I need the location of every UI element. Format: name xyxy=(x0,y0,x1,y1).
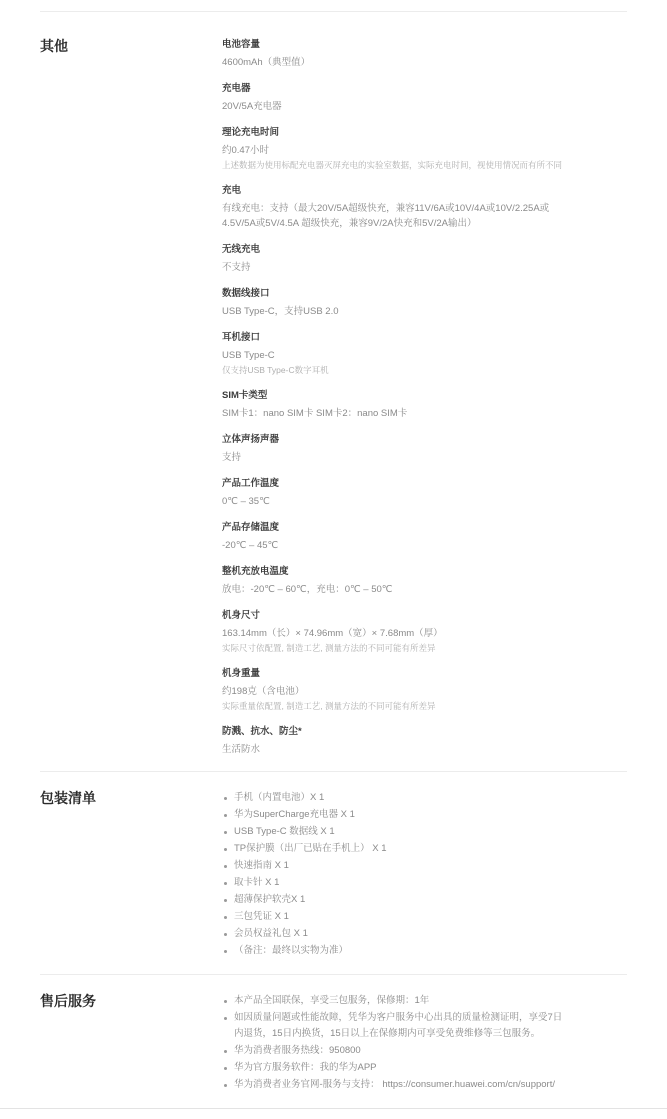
spec-entry-operating-temp: 产品工作温度 0℃ – 35℃ xyxy=(222,477,570,509)
spec-note: 上述数据为使用标配充电器灭屏充电的实验室数据，实际充电时间，视使用情况而有所不同 xyxy=(222,159,570,172)
spec-value: 0℃ – 35℃ xyxy=(222,494,570,509)
package-item: 会员权益礼包 X 1 xyxy=(222,926,570,942)
spec-label: 充电器 xyxy=(222,82,570,95)
spec-entry-stereo-speaker: 立体声扬声器 支持 xyxy=(222,433,570,465)
package-item: 超薄保护软壳X 1 xyxy=(222,892,570,908)
after-sales-item-warranty: 本产品全国联保，享受三包服务，保修期：1年 xyxy=(222,993,570,1009)
spec-value: 有线充电：支持（最大20V/5A超级快充，兼容11V/6A或10V/4A或10V… xyxy=(222,201,570,231)
spec-note: 实际尺寸依配置, 制造工艺, 测量方法的不同可能有所差异 xyxy=(222,642,570,655)
spec-entry-charging: 充电 有线充电：支持（最大20V/5A超级快充，兼容11V/6A或10V/4A或… xyxy=(222,184,570,231)
spec-entry-sim-type: SIM卡类型 SIM卡1：nano SIM卡 SIM卡2：nano SIM卡 xyxy=(222,389,570,421)
spec-value: 不支持 xyxy=(222,260,570,275)
spec-value: 生活防水 xyxy=(222,742,570,757)
spec-label: 电池容量 xyxy=(222,38,570,51)
after-sales-list: 本产品全国联保，享受三包服务，保修期：1年 如因质量问题或性能故障，凭华为客户服… xyxy=(222,993,570,1093)
package-item: 快速指南 X 1 xyxy=(222,858,570,874)
spec-entry-weight: 机身重量 约198克（含电池） 实际重量依配置, 制造工艺, 测量方法的不同可能… xyxy=(222,667,570,713)
after-sales-website-label: 华为消费者业务官网-服务与支持： xyxy=(234,1079,380,1090)
package-item-list: 手机（内置电池）X 1 华为SuperCharge充电器 X 1 USB Typ… xyxy=(222,790,570,959)
section-other-title: 其他 xyxy=(40,38,222,54)
spec-label: 整机充放电温度 xyxy=(222,565,570,578)
spec-value: 约0.47小时 xyxy=(222,143,570,158)
after-sales-item-app: 华为官方服务软件：我的华为APP xyxy=(222,1060,570,1076)
spec-label: 产品工作温度 xyxy=(222,477,570,490)
package-item: 三包凭证 X 1 xyxy=(222,909,570,925)
spec-value: 支持 xyxy=(222,450,570,465)
package-item: 华为SuperCharge充电器 X 1 xyxy=(222,807,570,823)
spec-value: 约198克（含电池） xyxy=(222,684,570,699)
section-package-title: 包装清单 xyxy=(40,790,222,806)
spec-entry-charge-time: 理论充电时间 约0.47小时 上述数据为使用标配充电器灭屏充电的实验室数据，实际… xyxy=(222,126,570,172)
spec-label: 耳机接口 xyxy=(222,331,570,344)
after-sales-item-website: 华为消费者业务官网-服务与支持： https://consumer.huawei… xyxy=(222,1077,570,1093)
spec-label: 数据线接口 xyxy=(222,287,570,300)
bottom-spacer xyxy=(0,1109,667,1119)
spec-entry-headphone-jack: 耳机接口 USB Type-C 仅支持USB Type-C数字耳机 xyxy=(222,331,570,377)
spec-value: USB Type-C xyxy=(222,348,570,363)
package-item: 取卡针 X 1 xyxy=(222,875,570,891)
section-other: 其他 电池容量 4600mAh（典型值） 充电器 20V/5A充电器 理论充电时… xyxy=(0,12,667,771)
spec-value: 4600mAh（典型值） xyxy=(222,55,570,70)
spec-label: 无线充电 xyxy=(222,243,570,256)
spec-entry-storage-temp: 产品存储温度 -20℃ – 45℃ xyxy=(222,521,570,553)
spec-value: SIM卡1：nano SIM卡 SIM卡2：nano SIM卡 xyxy=(222,406,570,421)
spec-entry-water-resistance: 防溅、抗水、防尘* 生活防水 xyxy=(222,725,570,757)
package-item: TP保护膜（出厂已贴在手机上） X 1 xyxy=(222,841,570,857)
section-other-content: 电池容量 4600mAh（典型值） 充电器 20V/5A充电器 理论充电时间 约… xyxy=(222,38,570,769)
package-item: 手机（内置电池）X 1 xyxy=(222,790,570,806)
after-sales-item-return-policy: 如因质量问题或性能故障，凭华为客户服务中心出具的质量检测证明，享受7日内退货，1… xyxy=(222,1010,570,1042)
spec-value: -20℃ – 45℃ xyxy=(222,538,570,553)
after-sales-item-hotline: 华为消费者服务热线：950800 xyxy=(222,1043,570,1059)
section-after-sales-title: 售后服务 xyxy=(40,993,222,1009)
spec-label: 充电 xyxy=(222,184,570,197)
support-link[interactable]: https://consumer.huawei.com/cn/support/ xyxy=(382,1079,555,1090)
spec-entry-charger: 充电器 20V/5A充电器 xyxy=(222,82,570,114)
spec-label: 产品存储温度 xyxy=(222,521,570,534)
package-item: USB Type-C 数据线 X 1 xyxy=(222,824,570,840)
spec-label: 防溅、抗水、防尘* xyxy=(222,725,570,738)
spec-entry-dimensions: 机身尺寸 163.14mm（长）× 74.96mm（宽）× 7.68mm（厚） … xyxy=(222,609,570,655)
spec-entry-wireless-charging: 无线充电 不支持 xyxy=(222,243,570,275)
section-package-content: 手机（内置电池）X 1 华为SuperCharge充电器 X 1 USB Typ… xyxy=(222,790,570,960)
package-item-note: （备注：最终以实物为准） xyxy=(222,943,570,959)
section-after-sales-content: 本产品全国联保，享受三包服务，保修期：1年 如因质量问题或性能故障，凭华为客户服… xyxy=(222,993,570,1094)
spec-note: 仅支持USB Type-C数字耳机 xyxy=(222,364,570,377)
spec-entry-data-port: 数据线接口 USB Type-C，支持USB 2.0 xyxy=(222,287,570,319)
spec-value: USB Type-C，支持USB 2.0 xyxy=(222,304,570,319)
section-package: 包装清单 手机（内置电池）X 1 华为SuperCharge充电器 X 1 US… xyxy=(0,772,667,974)
spec-label: SIM卡类型 xyxy=(222,389,570,402)
spec-label: 机身尺寸 xyxy=(222,609,570,622)
spec-page: 其他 电池容量 4600mAh（典型值） 充电器 20V/5A充电器 理论充电时… xyxy=(0,0,667,1119)
spec-note: 实际重量依配置, 制造工艺, 测量方法的不同可能有所差异 xyxy=(222,700,570,713)
spec-value: 20V/5A充电器 xyxy=(222,99,570,114)
spec-label: 理论充电时间 xyxy=(222,126,570,139)
spec-label: 机身重量 xyxy=(222,667,570,680)
section-after-sales: 售后服务 本产品全国联保，享受三包服务，保修期：1年 如因质量问题或性能故障，凭… xyxy=(0,975,667,1108)
spec-value: 163.14mm（长）× 74.96mm（宽）× 7.68mm（厚） xyxy=(222,626,570,641)
spec-value: 放电：-20℃ – 60℃，充电：0℃ – 50℃ xyxy=(222,582,570,597)
spec-label: 立体声扬声器 xyxy=(222,433,570,446)
spec-entry-battery-capacity: 电池容量 4600mAh（典型值） xyxy=(222,38,570,70)
spec-entry-charge-discharge-temp: 整机充放电温度 放电：-20℃ – 60℃，充电：0℃ – 50℃ xyxy=(222,565,570,597)
